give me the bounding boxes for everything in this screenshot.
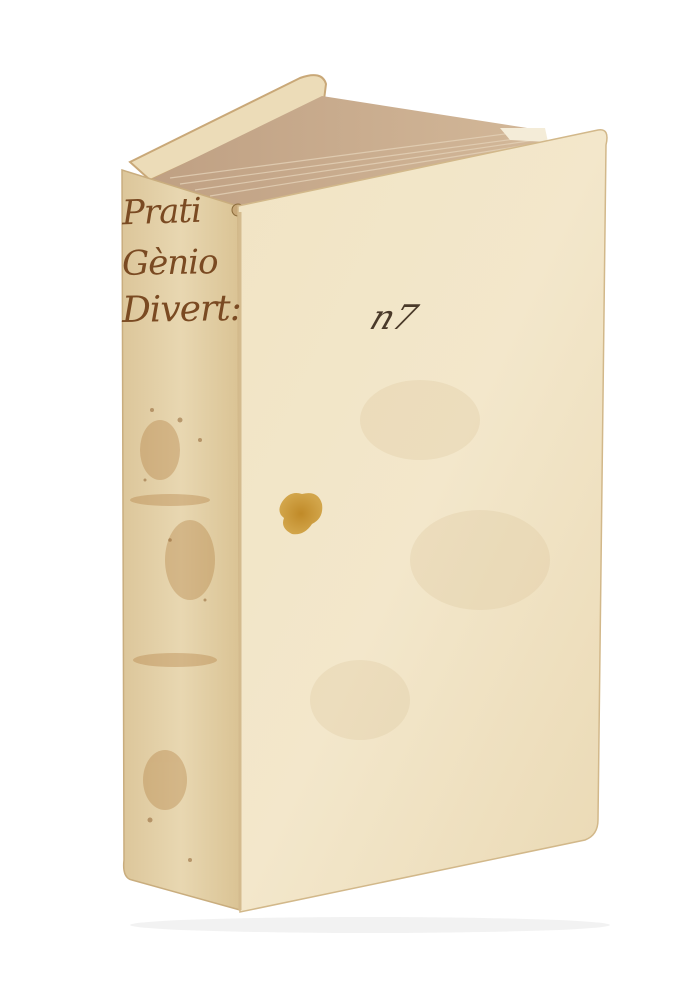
book-illustration: [0, 0, 698, 1000]
spine-title-line-2: Gènio: [122, 245, 218, 281]
book-photo: Prati Gènio Divert: n7: [0, 0, 698, 1000]
spine-title-line-1: Prati: [121, 194, 201, 231]
spine-title-line-3: Divert:: [122, 291, 241, 329]
